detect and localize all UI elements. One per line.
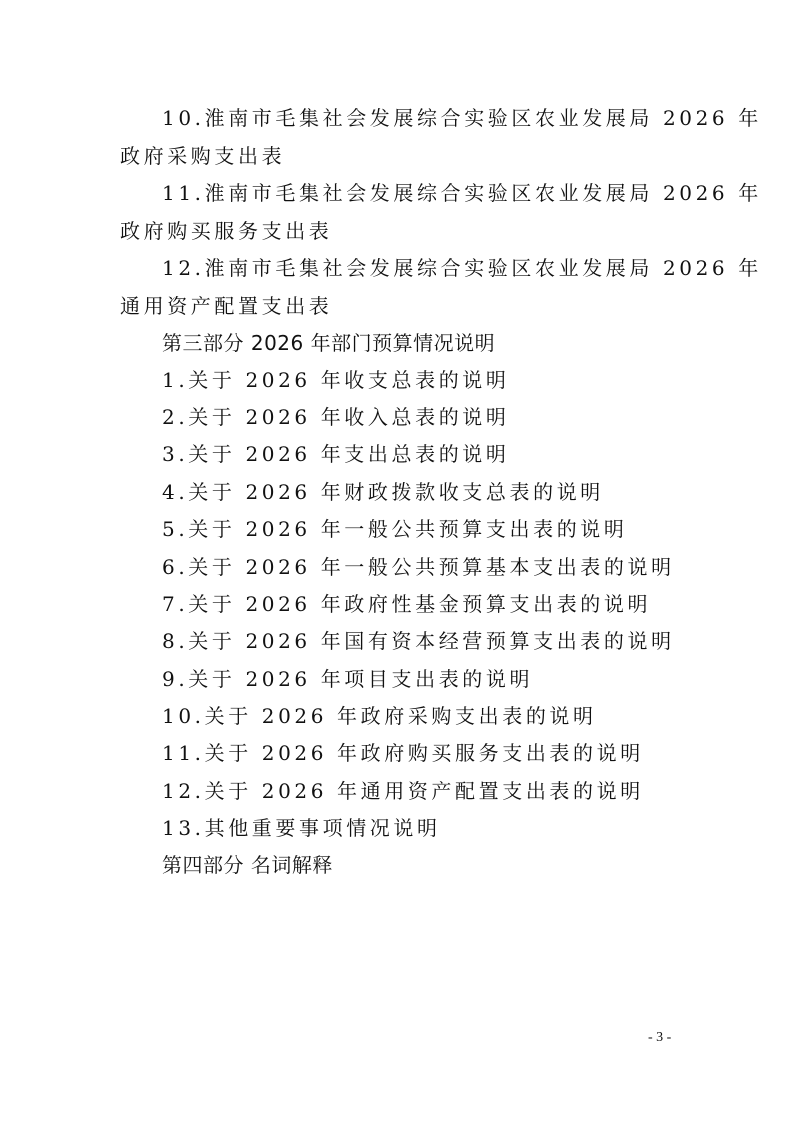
part3-item: 9.关于 2026 年项目支出表的说明 xyxy=(162,667,533,691)
toc-item-11-line1: 11.淮南市毛集社会发展综合实验区农业发展局 2026 年 xyxy=(162,181,762,205)
part3-item: 10.关于 2026 年政府采购支出表的说明 xyxy=(162,704,597,728)
part3-item: 3.关于 2026 年支出总表的说明 xyxy=(162,442,510,466)
part4-heading: 第四部分 名词解释 xyxy=(162,853,333,877)
part3-heading: 第三部分 2026 年部门预算情况说明 xyxy=(162,331,495,355)
part3-item: 5.关于 2026 年一般公共预算支出表的说明 xyxy=(162,517,628,541)
toc-item-12-line1: 12.淮南市毛集社会发展综合实验区农业发展局 2026 年 xyxy=(162,256,762,280)
part3-item: 6.关于 2026 年一般公共预算基本支出表的说明 xyxy=(162,555,675,579)
part3-item: 4.关于 2026 年财政拨款收支总表的说明 xyxy=(162,480,604,504)
part3-item: 1.关于 2026 年收支总表的说明 xyxy=(162,368,510,392)
toc-item-12-line2: 通用资产配置支出表 xyxy=(120,294,332,318)
part3-item: 13.其他重要事项情况说明 xyxy=(162,816,441,840)
toc-item-10-line2: 政府采购支出表 xyxy=(120,144,285,168)
part3-item: 11.关于 2026 年政府购买服务支出表的说明 xyxy=(162,741,644,765)
part3-item: 12.关于 2026 年通用资产配置支出表的说明 xyxy=(162,779,644,803)
toc-item-11-line2: 政府购买服务支出表 xyxy=(120,219,332,243)
part3-item: 7.关于 2026 年政府性基金预算支出表的说明 xyxy=(162,592,651,616)
toc-item-10-line1: 10.淮南市毛集社会发展综合实验区农业发展局 2026 年 xyxy=(162,106,762,130)
part3-item: 2.关于 2026 年收入总表的说明 xyxy=(162,405,510,429)
page-number: - 3 - xyxy=(648,1030,671,1046)
part3-item: 8.关于 2026 年国有资本经营预算支出表的说明 xyxy=(162,629,675,653)
